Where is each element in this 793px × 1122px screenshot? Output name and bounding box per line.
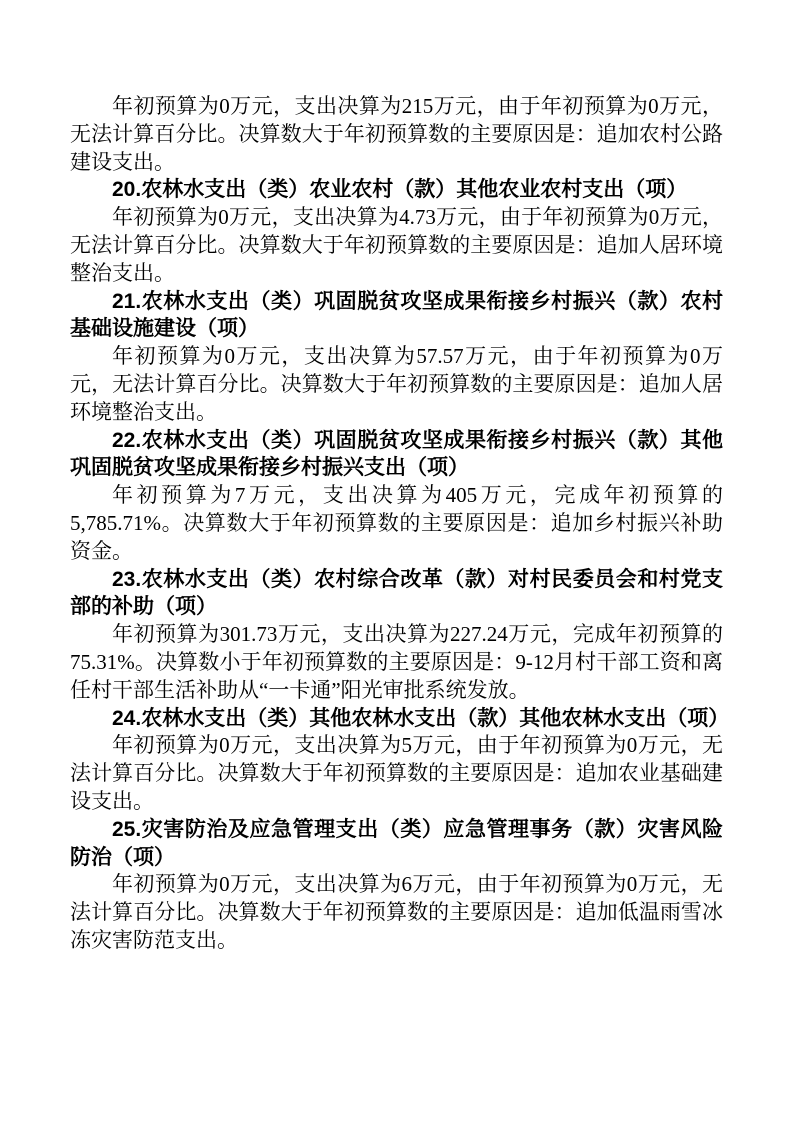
body-paragraph: 年初预算为0万元，支出决算为5万元，由于年初预算为0万元，无法计算百分比。决算数… (70, 732, 723, 815)
body-paragraph: 年初预算为0万元，支出决算为57.57万元，由于年初预算为0万元，无法计算百分比… (70, 343, 723, 426)
section-heading: 20.农林水支出（类）农业农村（款）其他农业农村支出（项） (70, 176, 723, 204)
section-heading: 25.灾害防治及应急管理支出（类）应急管理事务（款）灾害风险防治（项） (70, 816, 723, 872)
section-heading: 24.农林水支出（类）其他农林水支出（款）其他农林水支出（项） (70, 705, 723, 733)
section-heading: 21.农林水支出（类）巩固脱贫攻坚成果衔接乡村振兴（款）农村基础设施建设（项） (70, 288, 723, 344)
body-paragraph: 年初预算为0万元，支出决算为215万元，由于年初预算为0万元，无法计算百分比。决… (70, 93, 723, 176)
section-heading: 23.农林水支出（类）农村综合改革（款）对村民委员会和村党支部的补助（项） (70, 566, 723, 622)
body-paragraph: 年初预算为7万元，支出决算为405万元，完成年初预算的5,785.71%。决算数… (70, 482, 723, 565)
section-heading: 22.农林水支出（类）巩固脱贫攻坚成果衔接乡村振兴（款）其他巩固脱贫攻坚成果衔接… (70, 427, 723, 483)
body-paragraph: 年初预算为301.73万元，支出决算为227.24万元，完成年初预算的75.31… (70, 621, 723, 704)
document-page: 年初预算为0万元，支出决算为215万元，由于年初预算为0万元，无法计算百分比。决… (0, 0, 793, 1122)
body-paragraph: 年初预算为0万元，支出决算为4.73万元，由于年初预算为0万元，无法计算百分比。… (70, 204, 723, 287)
body-paragraph: 年初预算为0万元，支出决算为6万元，由于年初预算为0万元，无法计算百分比。决算数… (70, 871, 723, 954)
